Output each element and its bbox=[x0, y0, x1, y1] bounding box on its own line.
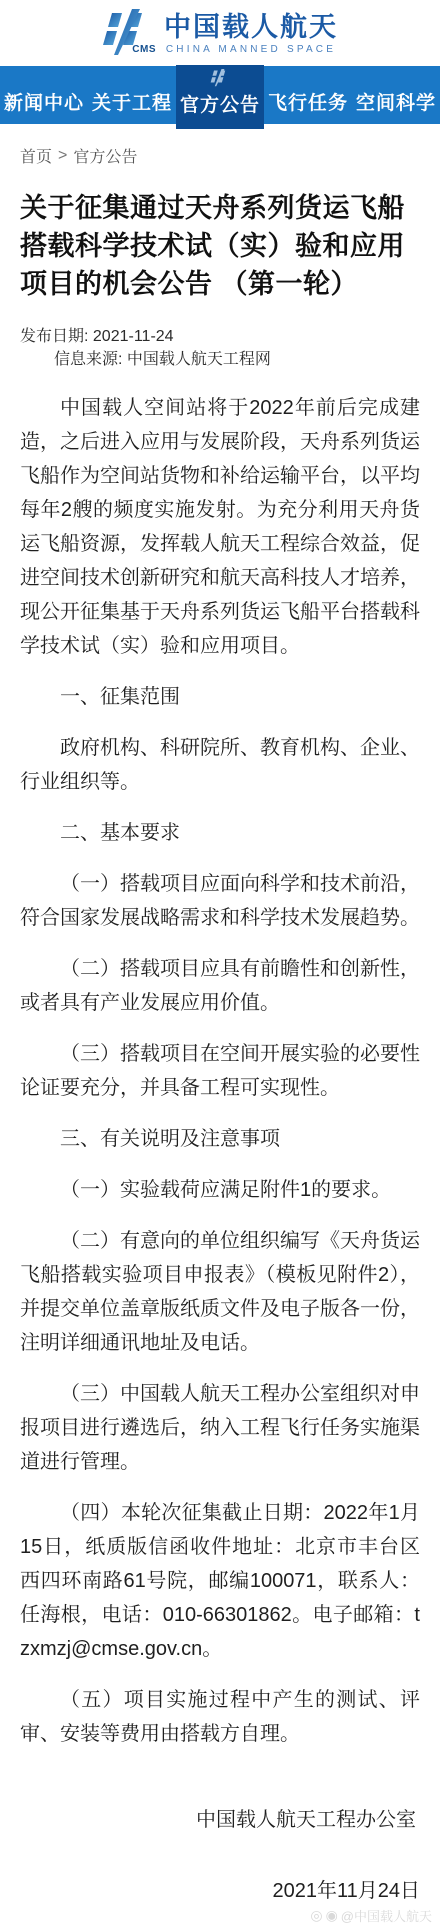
breadcrumb: 首页 > 官方公告 bbox=[0, 124, 440, 173]
publish-date: 发布日期: 2021-11-24 bbox=[20, 323, 174, 346]
paragraph: 中国载人空间站将于2022年前后完成建造，之后进入应用与发展阶段，天舟系列货运飞… bbox=[20, 391, 420, 663]
signature: 中国载人航天工程办公室 bbox=[20, 1803, 420, 1832]
logo-title: 中国载人航天 bbox=[164, 12, 338, 42]
paragraph: （二）有意向的单位组织编写《天舟货运飞船搭载实验项目申报表》（模板见附件2），并… bbox=[20, 1224, 420, 1360]
info-source-value: 中国载人航天工程网 bbox=[127, 351, 271, 368]
cms-rocket-logo-icon: CMS bbox=[102, 9, 154, 57]
site-logo[interactable]: CMS 中国载人航天 CHINA MANNED SPACE bbox=[102, 9, 338, 57]
paragraph: 政府机构、科研院所、教育机构、企业、行业组织等。 bbox=[20, 731, 420, 799]
nav-item-label: 新闻中心 bbox=[4, 88, 84, 115]
article-meta: 发布日期: 2021-11-24 信息来源: 中国载人航天工程网 bbox=[20, 323, 420, 369]
nav-item-label: 飞行任务 bbox=[268, 88, 348, 115]
paragraph: （三）搭载项目在空间开展实验的必要性论证要充分，并具备工程可实现性。 bbox=[20, 1037, 420, 1105]
publish-date-value: 2021-11-24 bbox=[93, 328, 174, 345]
announcement-article: 关于征集通过天舟系列货运飞船搭载科学技术试（实）验和应用项目的机会公告 （第一轮… bbox=[0, 189, 440, 1903]
info-source: 信息来源: 中国载人航天工程网 bbox=[54, 346, 271, 369]
watermark-text: @中国载人航天 bbox=[341, 1906, 432, 1925]
nav-item-about[interactable]: 关于工程 bbox=[88, 66, 176, 124]
nav-item-news[interactable]: 新闻中心 bbox=[0, 66, 88, 124]
weibo-eye-icon: ◉ bbox=[326, 1907, 338, 1924]
main-nav: 新闻中心 关于工程 官方公告 飞行任务 空间科学 bbox=[0, 66, 440, 124]
paragraph: （一）搭载项目应面向科学和技术前沿，符合国家发展战略需求和科学技术发展趋势。 bbox=[20, 867, 420, 935]
nav-item-label: 关于工程 bbox=[92, 88, 172, 115]
breadcrumb-home-link[interactable]: 首页 bbox=[20, 144, 52, 167]
weibo-eye-icon: ◎ bbox=[310, 1907, 322, 1924]
nav-item-missions[interactable]: 飞行任务 bbox=[264, 66, 352, 124]
info-source-label: 信息来源: bbox=[54, 351, 122, 368]
weibo-watermark: ◎ ◉ @中国载人航天 bbox=[310, 1906, 432, 1925]
section-heading: 二、基本要求 bbox=[20, 816, 420, 850]
breadcrumb-separator: > bbox=[58, 147, 67, 165]
paragraph: （五）项目实施过程中产生的测试、评审、安装等费用由搭载方自理。 bbox=[20, 1683, 420, 1751]
section-heading: 一、征集范围 bbox=[20, 680, 420, 714]
nav-item-announcements[interactable]: 官方公告 bbox=[176, 65, 264, 129]
site-header: CMS 中国载人航天 CHINA MANNED SPACE bbox=[0, 0, 440, 66]
paragraph: （四）本轮次征集截止日期：2022年1月15日，纸质版信函收件地址：北京市丰台区… bbox=[20, 1496, 420, 1666]
section-heading: 三、有关说明及注意事项 bbox=[20, 1122, 420, 1156]
paragraph: （二）搭载项目应具有前瞻性和创新性，或者具有产业发展应用价值。 bbox=[20, 952, 420, 1020]
paragraph: （三）中国载人航天工程办公室组织对申报项目进行遴选后，纳入工程飞行任务实施渠道进… bbox=[20, 1377, 420, 1479]
logo-cms-label: CMS bbox=[132, 44, 156, 55]
breadcrumb-current[interactable]: 官方公告 bbox=[73, 144, 137, 167]
page-title: 关于征集通过天舟系列货运飞船搭载科学技术试（实）验和应用项目的机会公告 （第一轮… bbox=[20, 189, 420, 303]
paragraph: （一）实验载荷应满足附件1的要求。 bbox=[20, 1173, 420, 1207]
nav-item-label: 空间科学 bbox=[356, 88, 436, 115]
signature-date: 2021年11月24日 bbox=[20, 1874, 420, 1903]
publish-date-label: 发布日期: bbox=[20, 328, 88, 345]
article-body: 中国载人空间站将于2022年前后完成建造，之后进入应用与发展阶段，天舟系列货运飞… bbox=[20, 391, 420, 1751]
nav-item-space-science[interactable]: 空间科学 bbox=[352, 66, 440, 124]
cms-mini-logo-icon bbox=[209, 68, 231, 88]
nav-item-label: 官方公告 bbox=[180, 90, 260, 117]
logo-subtitle: CHINA MANNED SPACE bbox=[166, 44, 336, 55]
